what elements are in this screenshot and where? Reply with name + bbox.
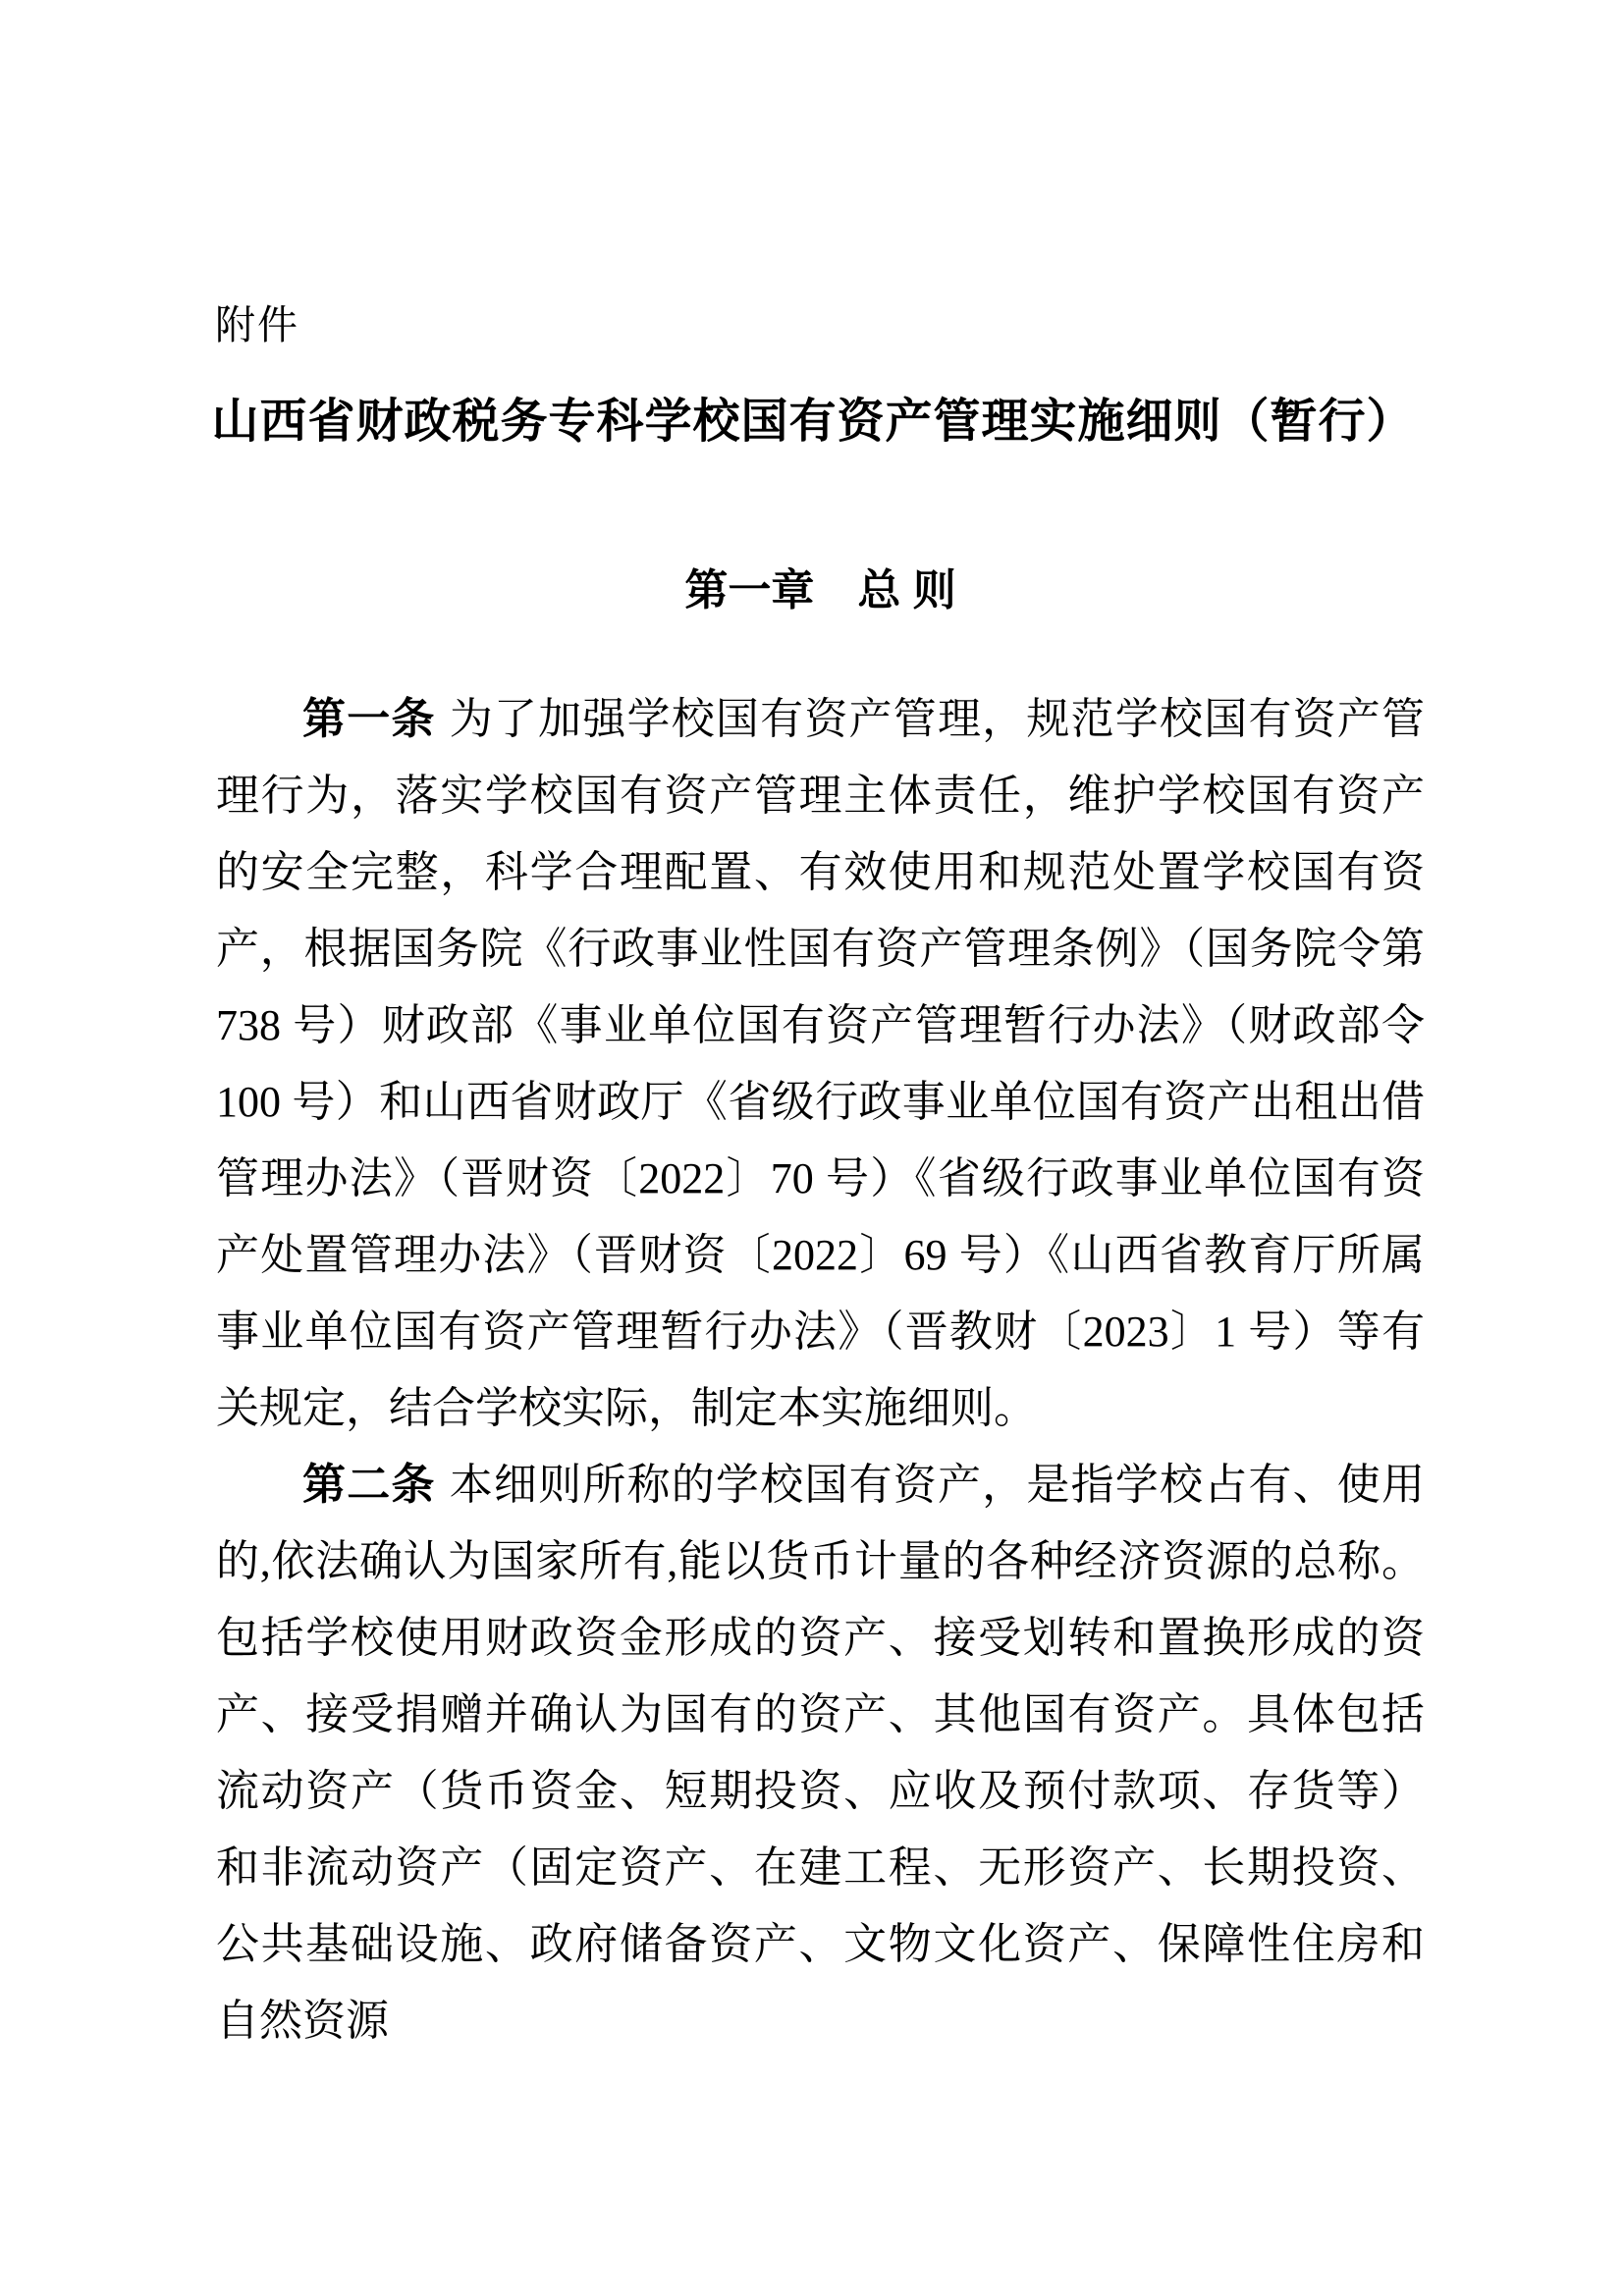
article-2-number: 第二条 bbox=[302, 1461, 436, 1509]
document-body: 第一条为了加强学校国有资产管理，规范学校国有资产管理行为，落实学校国有资产管理主… bbox=[216, 681, 1425, 2059]
article-2-text: 本细则所称的学校国有资产，是指学校占有、使用的,依法确认为国家所有,能以货币计量… bbox=[216, 1461, 1425, 2045]
article-1-text: 为了加强学校国有资产管理，规范学校国有资产管理行为，落实学校国有资产管理主体责任… bbox=[216, 695, 1425, 1432]
chapter-heading: 第一章 总 则 bbox=[216, 566, 1425, 615]
article-1-number: 第一条 bbox=[302, 695, 436, 743]
article-1-paragraph: 第一条为了加强学校国有资产管理，规范学校国有资产管理行为，落实学校国有资产管理主… bbox=[216, 681, 1425, 1447]
document-title: 山西省财政税务专科学校国有资产管理实施细则（暂行） bbox=[198, 392, 1428, 453]
article-2-paragraph: 第二条本细则所称的学校国有资产，是指学校占有、使用的,依法确认为国家所有,能以货… bbox=[216, 1447, 1425, 2059]
attachment-label: 附件 bbox=[215, 299, 299, 350]
document-page: 附件 山西省财政税务专科学校国有资产管理实施细则（暂行） 第一章 总 则 第一条… bbox=[0, 0, 1624, 2296]
